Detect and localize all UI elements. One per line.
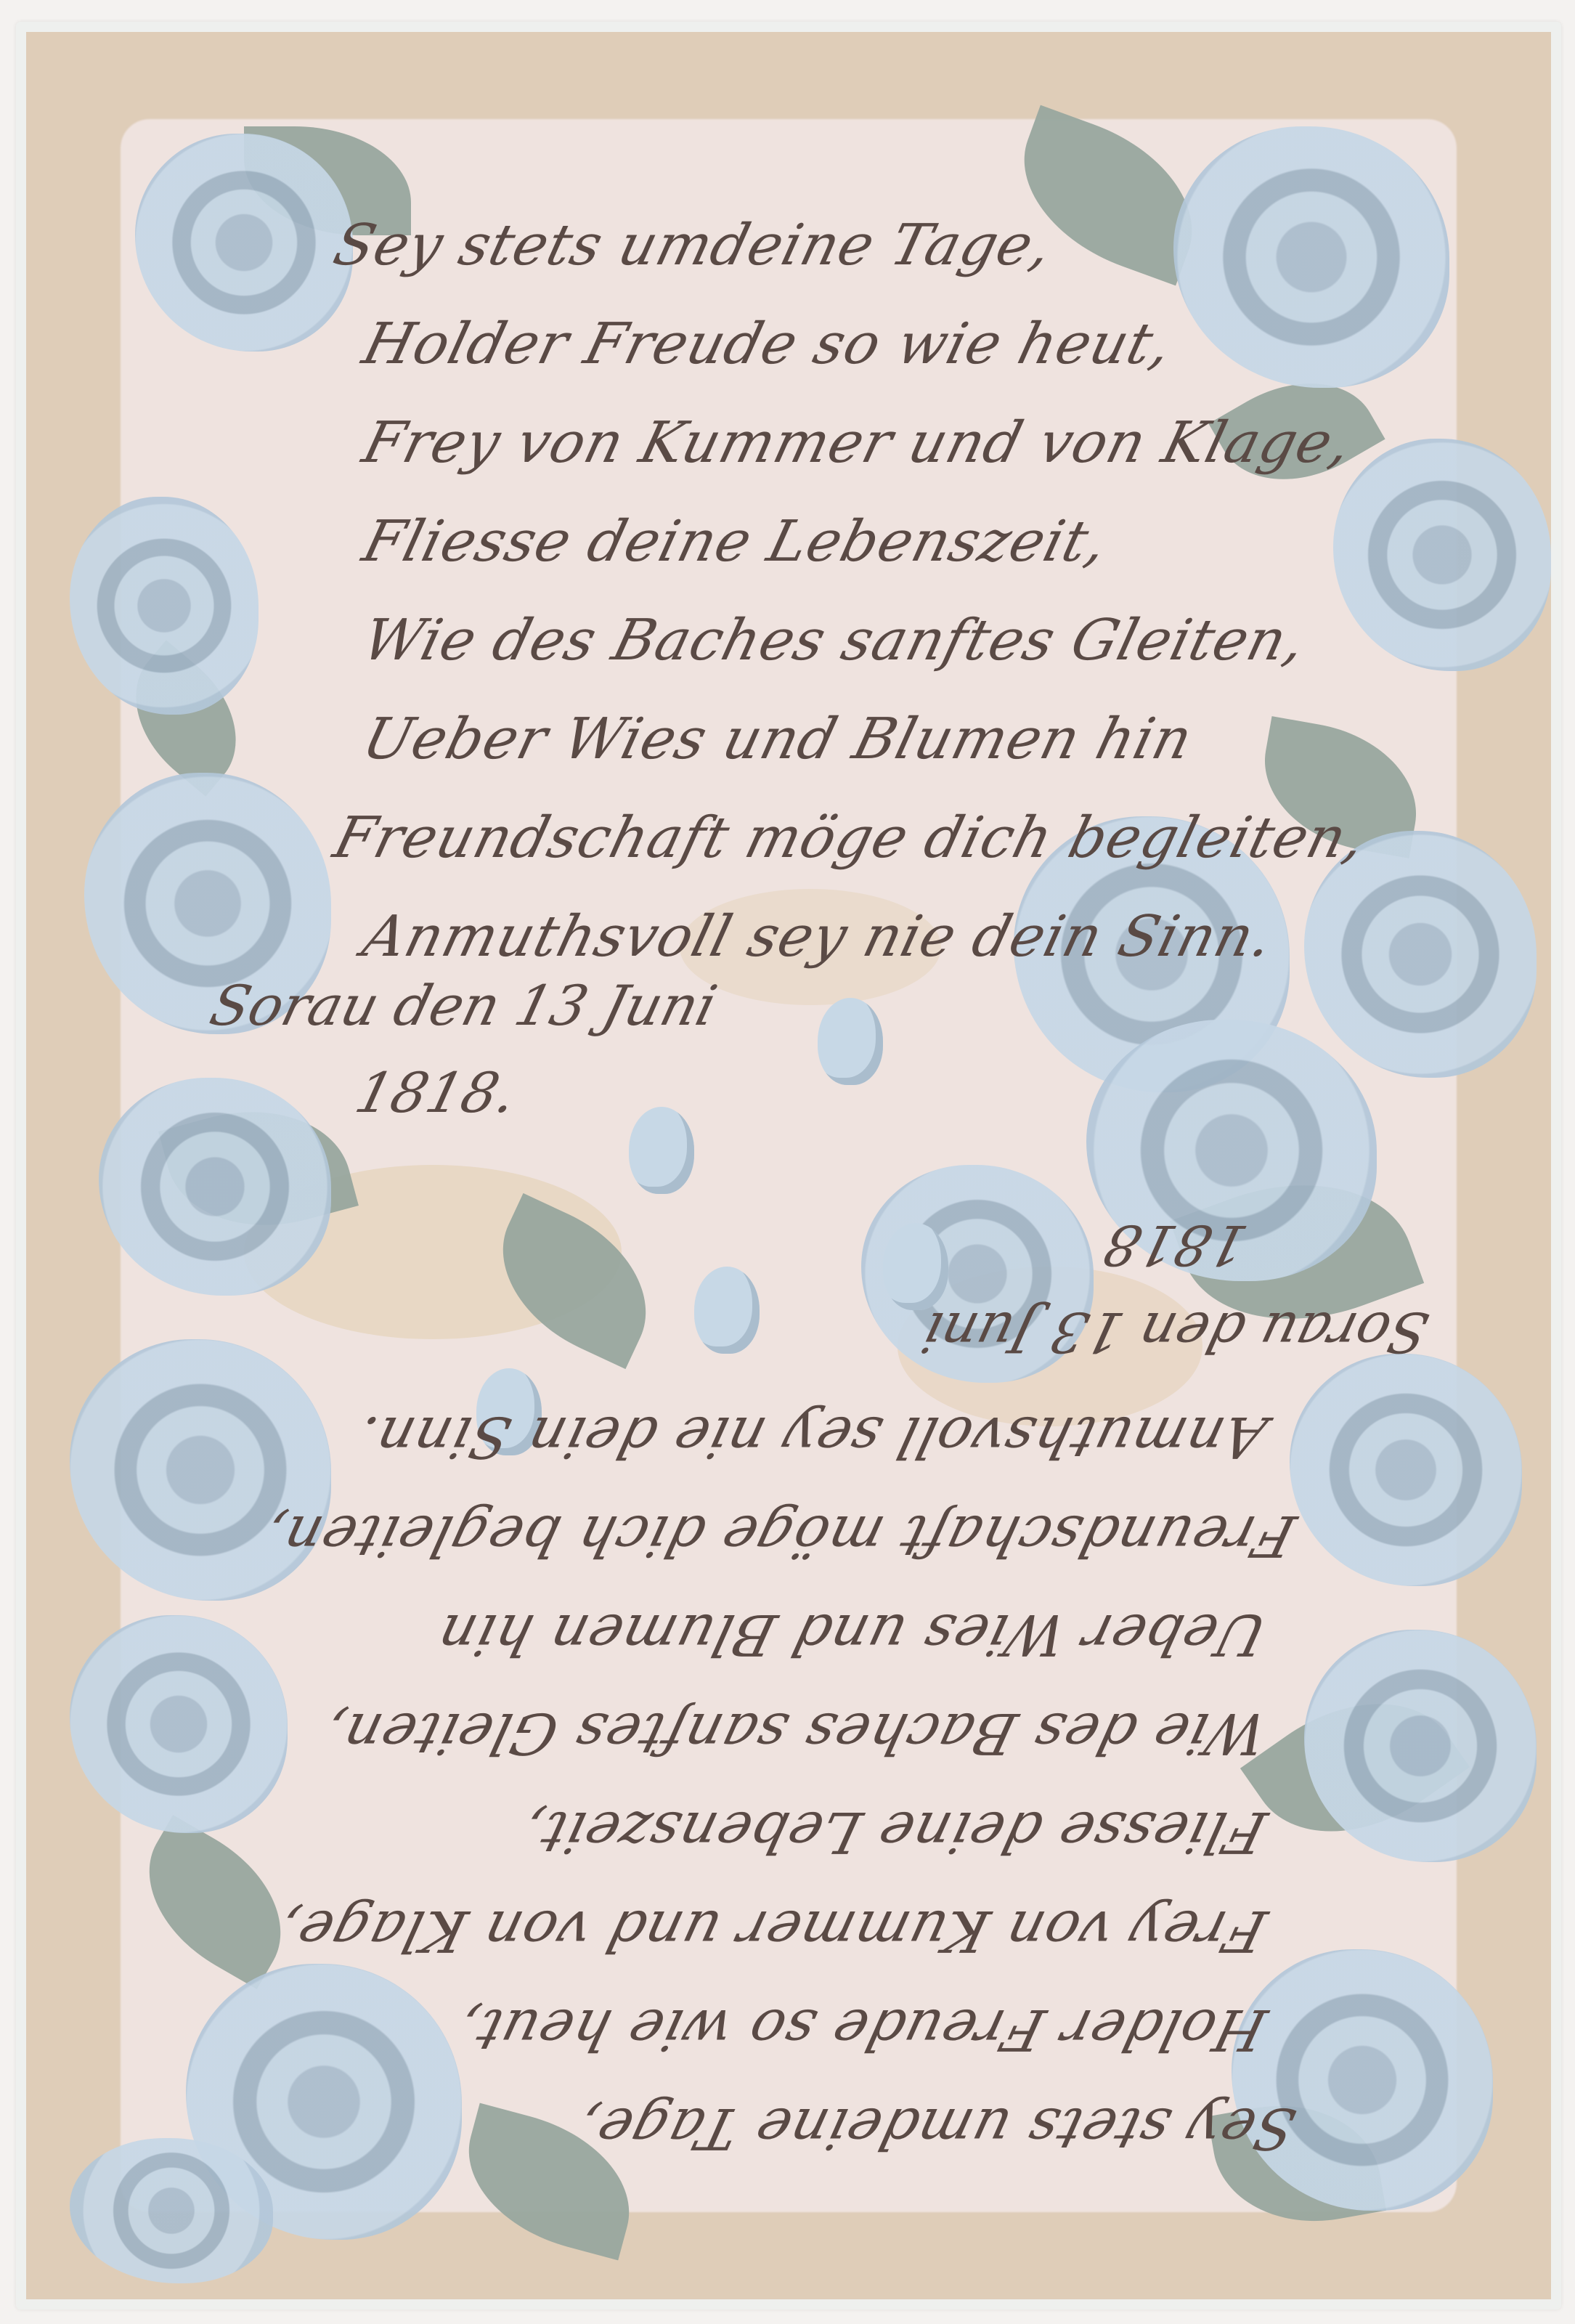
poem-line: Fliesse deine Lebenszeit,	[309, 1782, 1306, 1881]
poem-upright: Sey stets umdeine Tage, Holder Freude so…	[335, 196, 1309, 986]
poem-mirrored: Sey stets umdeine Tage, Holder Freude so…	[321, 1387, 1294, 2177]
rosebud-motif	[818, 998, 883, 1085]
poem-line: Holder Freude so wie heut,	[309, 1980, 1306, 2079]
mirrored-poem-year: 1818	[1097, 1213, 1254, 1277]
rosebud-motif	[883, 1223, 948, 1310]
poem-line: Frey von Kummer und von Klage,	[323, 394, 1321, 492]
poem-year: 1818.	[349, 1060, 524, 1125]
poem-line: Frey von Kummer und von Klage,	[309, 1881, 1306, 1980]
rose-motif	[70, 2138, 273, 2283]
mirrored-poem-place-date: Sorau den 13 Juni	[916, 1300, 1435, 1365]
rosebud-motif	[629, 1107, 694, 1194]
poem-line: Anmuthsvoll sey nie dein Sinn.	[309, 1387, 1306, 1486]
poem-place-date: Sorau den 13 Juni	[204, 973, 723, 1038]
rug: Sey stets umdeine Tage, Holder Freude so…	[16, 22, 1561, 2309]
poem-line: Holder Freude so wie heut,	[323, 295, 1321, 394]
poem-line: Freundschaft möge dich begleiten,	[309, 1486, 1306, 1585]
poem-line: Sey stets umdeine Tage,	[309, 2079, 1306, 2177]
poem-line: Ueber Wies und Blumen hin	[323, 690, 1321, 789]
poem-line: Wie des Baches sanftes Gleiten,	[323, 591, 1321, 690]
poem-line: Ueber Wies und Blumen hin	[309, 1585, 1306, 1683]
rosebud-motif	[694, 1267, 760, 1354]
rose-motif	[70, 497, 259, 715]
poem-line: Fliesse deine Lebenszeit,	[323, 492, 1321, 591]
poem-line: Wie des Baches sanftes Gleiten,	[309, 1683, 1306, 1782]
poem-line: Anmuthsvoll sey nie dein Sinn.	[323, 887, 1321, 986]
poem-line: Freundschaft möge dich begleiten,	[323, 789, 1321, 887]
poem-line: Sey stets umdeine Tage,	[323, 196, 1321, 295]
rose-motif	[70, 1615, 288, 1833]
